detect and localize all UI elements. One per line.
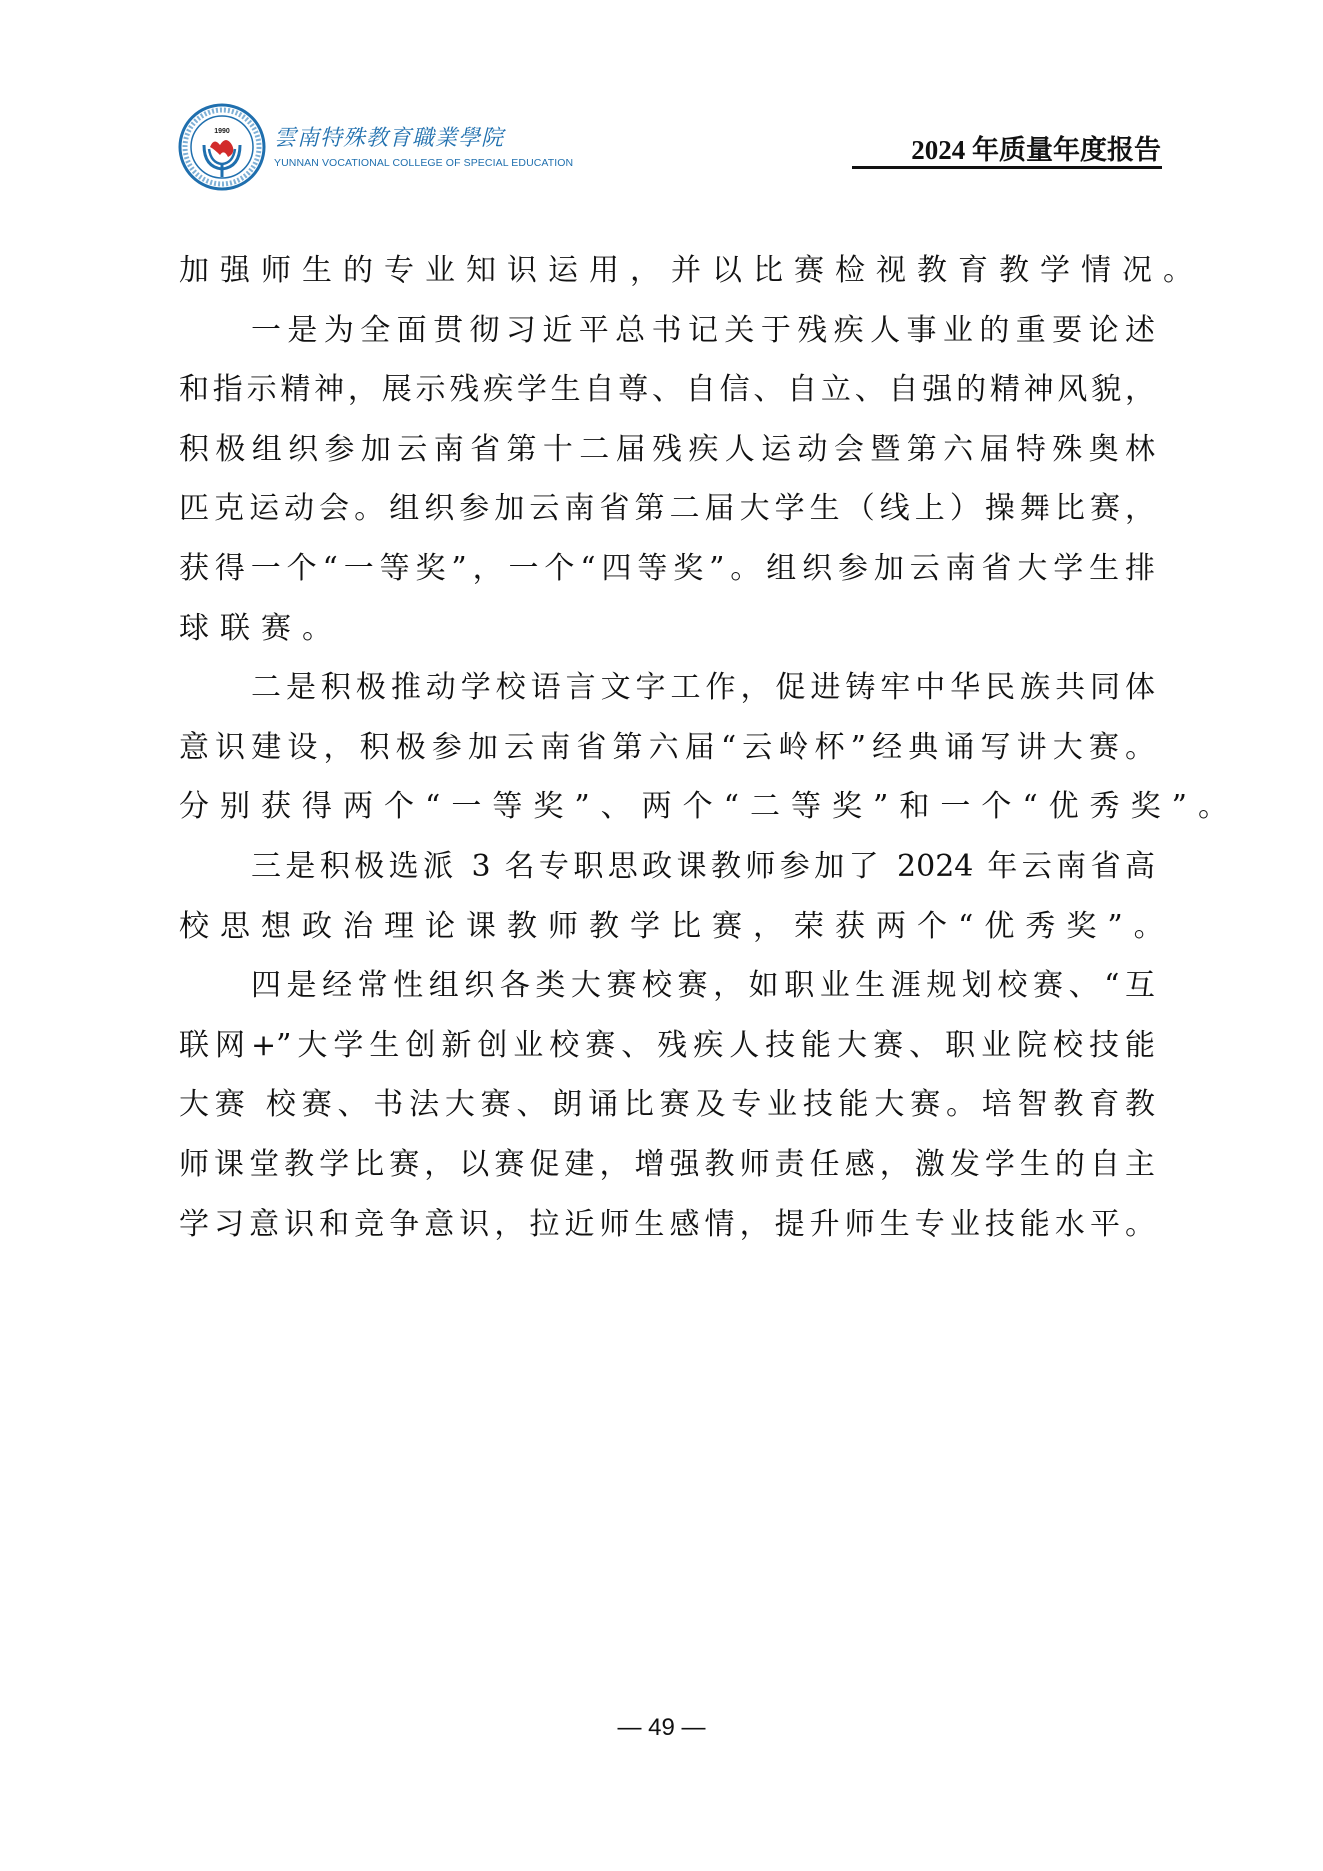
document-body: 加强师生的专业知识运用，并以比赛检视教育教学情况。 一是为全面贯彻习近平总书记关… — [179, 248, 1155, 1261]
paragraph-line: 四是经常性组织各类大赛校赛，如职业生涯规划校赛、“互 — [179, 963, 1155, 1023]
paragraph-line: 联网+”大学生创新创业校赛、残疾人技能大赛、职业院校技能 — [179, 1023, 1155, 1083]
page-number: — 49 — — [0, 1714, 1323, 1742]
paragraph-line: 分别获得两个“一等奖”、两个“二等奖”和一个“优秀奖”。 — [179, 784, 1155, 844]
paragraph-line: 二是积极推动学校语言文字工作，促进铸牢中华民族共同体 — [179, 665, 1155, 725]
paragraph-line: 积极组织参加云南省第十二届残疾人运动会暨第六届特殊奥林 — [179, 427, 1155, 487]
paragraph-line: 意识建设，积极参加云南省第六届“云岭杯”经典诵写讲大赛。 — [179, 725, 1155, 785]
paragraph-line: 球联赛。 — [179, 606, 1155, 666]
paragraph-line: 一是为全面贯彻习近平总书记关于残疾人事业的重要论述 — [179, 308, 1155, 368]
paragraph-line: 三是积极选派 3 名专职思政课教师参加了 2024 年云南省高 — [179, 844, 1155, 904]
paragraph-line: 学习意识和竞争意识，拉近师生感情，提升师生专业技能水平。 — [179, 1202, 1155, 1262]
paragraph-line: 大赛 校赛、书法大赛、朗诵比赛及专业技能大赛。培智教育教 — [179, 1082, 1155, 1142]
svg-text:1990: 1990 — [214, 128, 230, 135]
paragraph-line: 校思想政治理论课教师教学比赛，荣获两个“优秀奖”。 — [179, 904, 1155, 964]
college-emblem-icon: 1990 — [178, 103, 266, 191]
paragraph-line: 获得一个“一等奖”，一个“四等奖”。组织参加云南省大学生排 — [179, 546, 1155, 606]
paragraph-line: 加强师生的专业知识运用，并以比赛检视教育教学情况。 — [179, 248, 1155, 308]
college-logo: 1990 雲南特殊教育職業學院 YUNNAN VOCATIONAL COLLEG… — [178, 103, 478, 193]
paragraph-line: 师课堂教学比赛，以赛促建，增强教师责任感，激发学生的自主 — [179, 1142, 1155, 1202]
college-name-en: YUNNAN VOCATIONAL COLLEGE OF SPECIAL EDU… — [274, 157, 573, 169]
paragraph-line: 匹克运动会。组织参加云南省第二届大学生（线上）操舞比赛， — [179, 486, 1155, 546]
paragraph-line: 和指示精神，展示残疾学生自尊、自信、自立、自强的精神风貌， — [179, 367, 1155, 427]
header-divider — [852, 166, 1162, 169]
report-title: 2024 年质量年度报告 — [911, 128, 1161, 167]
college-name-cn: 雲南特殊教育職業學院 — [274, 121, 504, 152]
